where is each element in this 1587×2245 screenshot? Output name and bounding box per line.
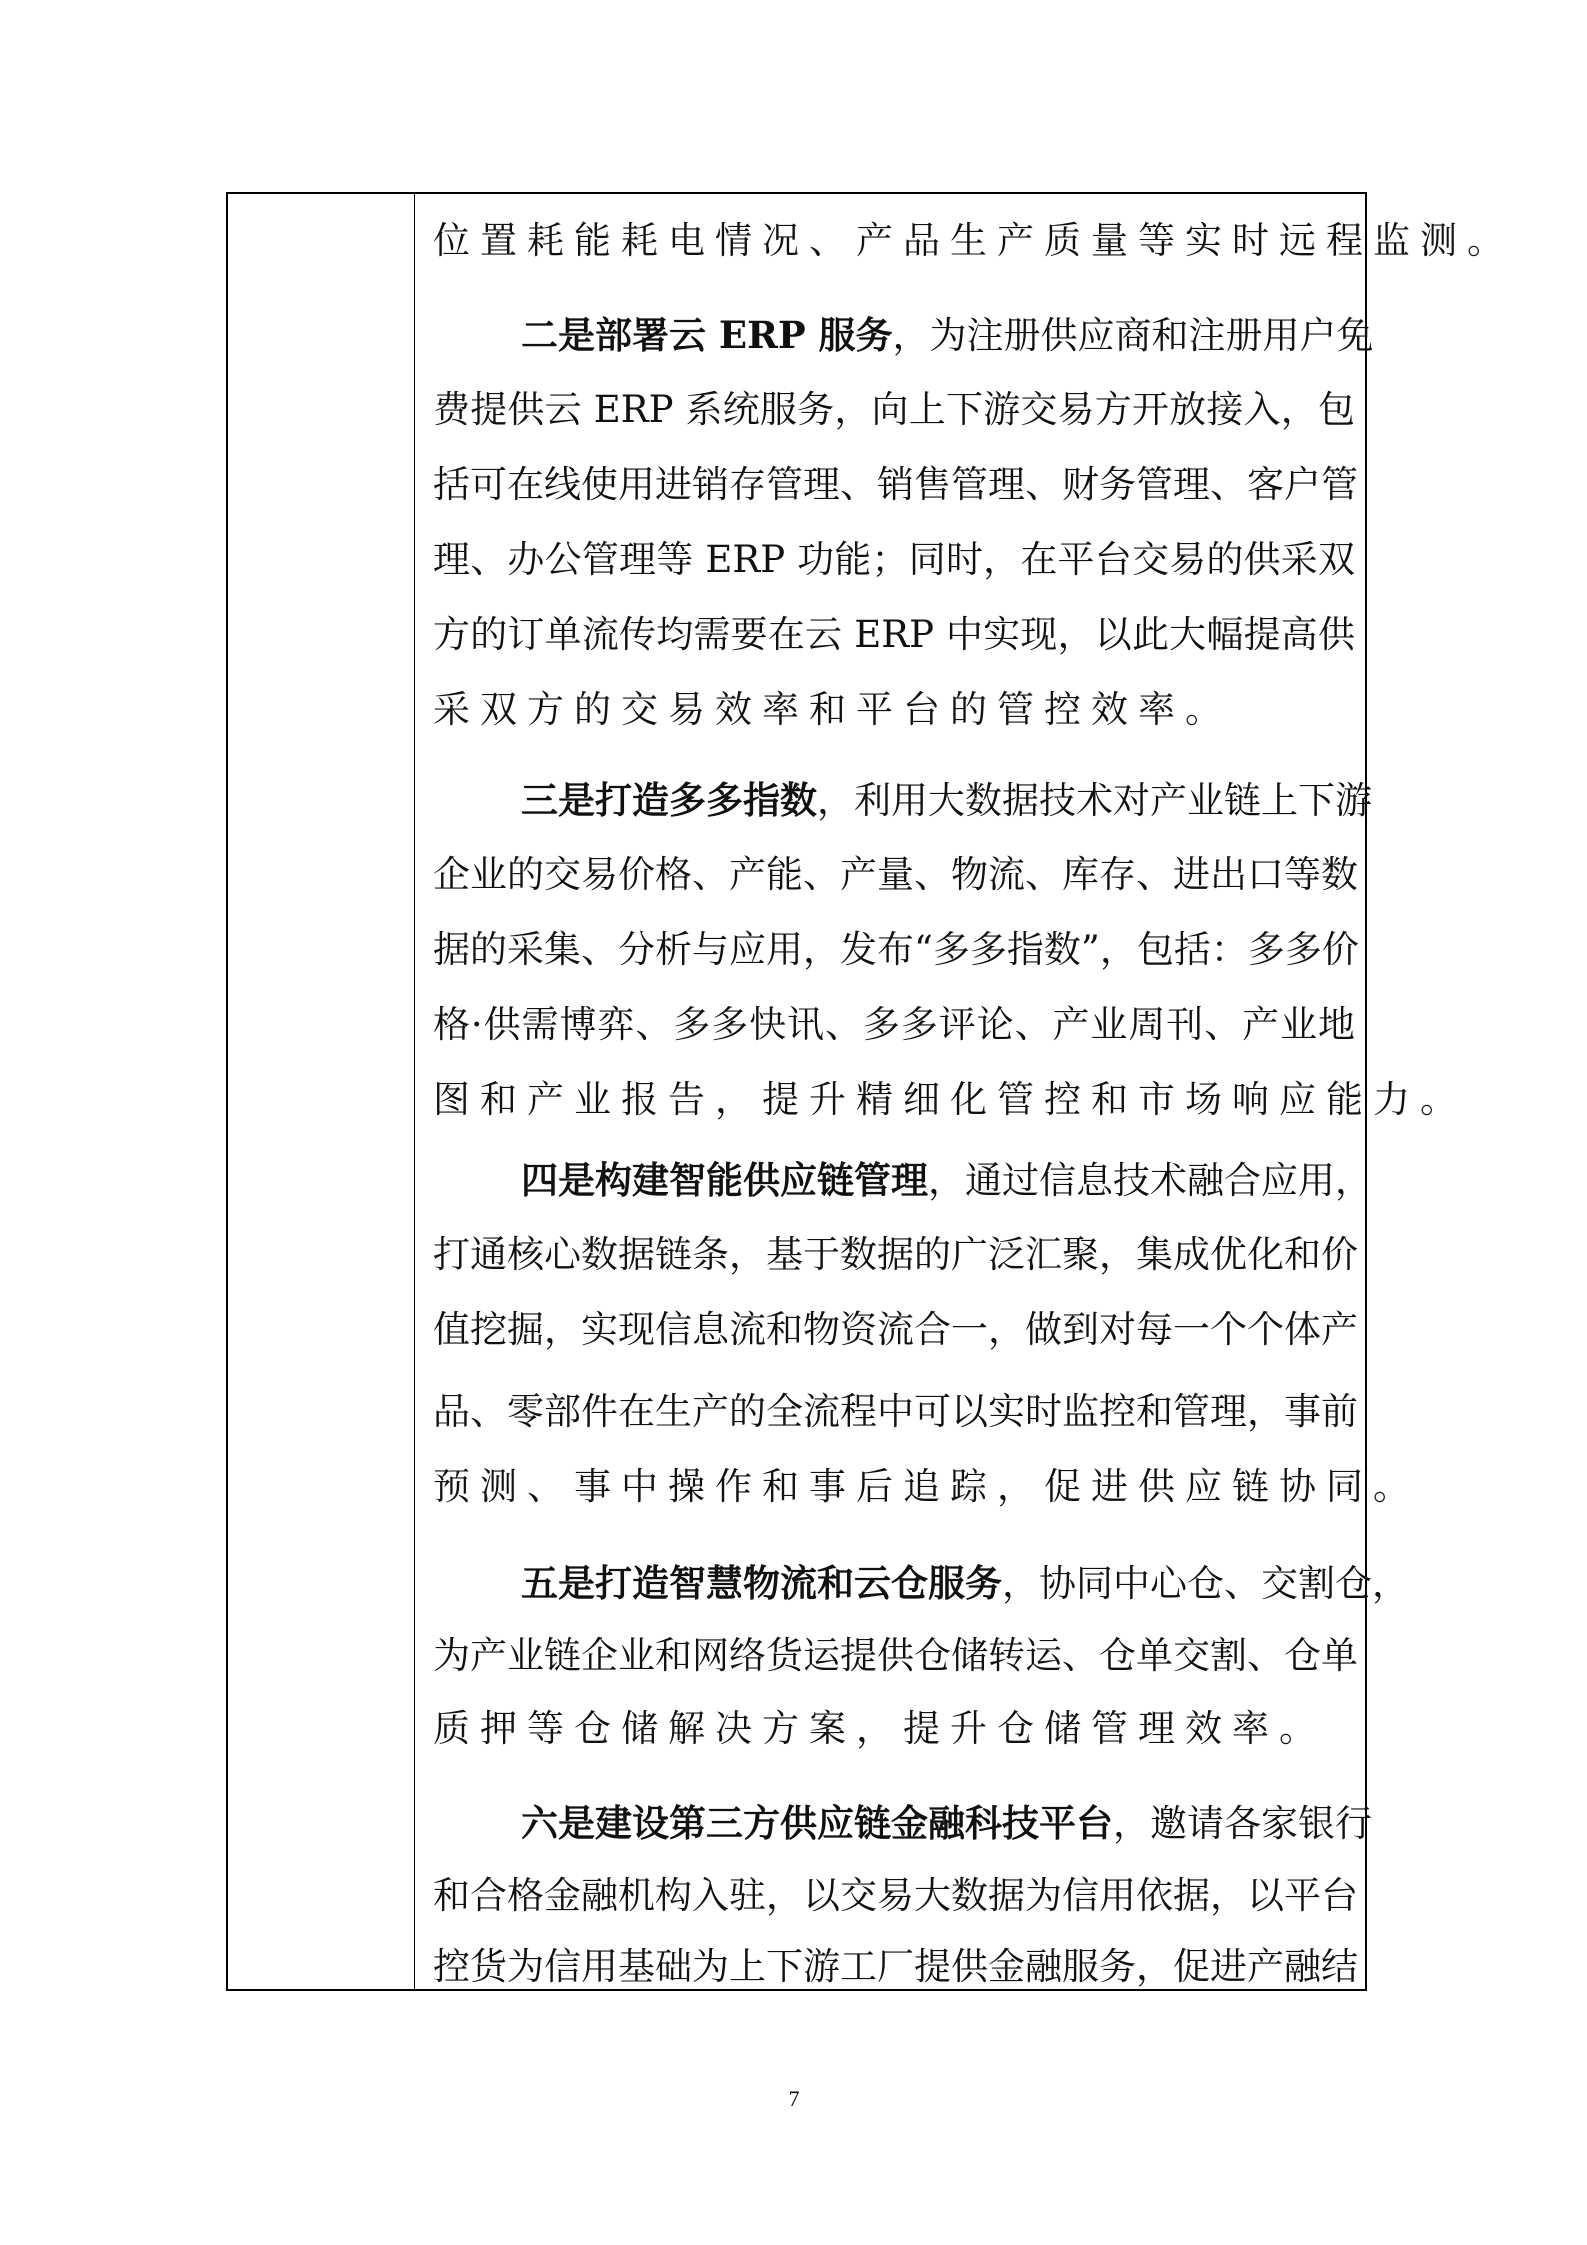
line-text: 品、零部件在生产的全流程中可以实时监控和管理，事前 <box>433 1390 1358 1433</box>
document-page: 位置耗能耗电情况、产品生产质量等实时远程监测。 二是部署云 ERP 服务，为注册… <box>0 0 1587 2245</box>
page-number: 7 <box>783 2084 805 2114</box>
paragraph-3-line-4: 格·供需博弈、多多快讯、多多评论、产业周刊、产业地 <box>433 1001 1355 1049</box>
paragraph-2-line-3: 括可在线使用进销存管理、销售管理、财务管理、客户管 <box>433 461 1355 509</box>
content-table: 位置耗能耗电情况、产品生产质量等实时远程监测。 二是部署云 ERP 服务，为注册… <box>226 192 1367 1991</box>
line-text: ，通过信息技术融合应用， <box>928 1159 1372 1202</box>
paragraph-5-line-2: 为产业链企业和网络货运提供仓储转运、仓单交割、仓单 <box>433 1632 1355 1680</box>
line-text: 费提供云 ERP 系统服务，向上下游交易方开放接入，包 <box>433 388 1355 431</box>
line-text: 控货为信用基础为上下游工厂提供金融服务，促进产融结 <box>433 1945 1358 1988</box>
paragraph-6-line-3: 控货为信用基础为上下游工厂提供金融服务，促进产融结 <box>433 1943 1355 1991</box>
paragraph-2-line-2: 费提供云 ERP 系统服务，向上下游交易方开放接入，包 <box>433 386 1355 434</box>
line-text: 预测、事中操作和事后追踪，促进供应链协同。 <box>433 1465 1420 1508</box>
paragraph-6-line-1: 六是建设第三方供应链金融科技平台，邀请各家银行 <box>433 1799 1355 1847</box>
paragraph-3-line-5: 图和产业报告，提升精细化管控和市场响应能力。 <box>433 1076 1355 1124</box>
paragraph-2-line-6: 采双方的交易效率和平台的管控效率。 <box>433 686 1355 734</box>
line-text: 和合格金融机构入驻，以交易大数据为信用依据，以平台 <box>433 1874 1358 1917</box>
paragraph-4-line-5: 预测、事中操作和事后追踪，促进供应链协同。 <box>433 1463 1355 1511</box>
paragraph-6-line-2: 和合格金融机构入驻，以交易大数据为信用依据，以平台 <box>433 1872 1355 1920</box>
line-text: 打通核心数据链条，基于数据的广泛汇聚，集成优化和价 <box>433 1233 1358 1276</box>
line-text: 理、办公管理等 ERP 功能；同时，在平台交易的供采双 <box>433 538 1355 581</box>
paragraph-2-line-4: 理、办公管理等 ERP 功能；同时，在平台交易的供采双 <box>433 536 1355 584</box>
paragraph-4-line-1: 四是构建智能供应链管理，通过信息技术融合应用， <box>433 1156 1355 1204</box>
line-text: 格·供需博弈、多多快讯、多多评论、产业周刊、产业地 <box>433 1003 1355 1046</box>
line-text: 值挖掘，实现信息流和物资流合一，做到对每一个个体产 <box>433 1308 1358 1351</box>
paragraph-1-line-1: 位置耗能耗电情况、产品生产质量等实时远程监测。 <box>433 217 1355 265</box>
line-text: 为产业链企业和网络货运提供仓储转运、仓单交割、仓单 <box>433 1634 1358 1677</box>
paragraph-4-line-4: 品、零部件在生产的全流程中可以实时监控和管理，事前 <box>433 1388 1355 1436</box>
paragraph-4-heading: 四是构建智能供应链管理 <box>521 1158 928 1202</box>
line-text: 括可在线使用进销存管理、销售管理、财务管理、客户管 <box>433 463 1358 506</box>
paragraph-6-heading: 六是建设第三方供应链金融科技平台 <box>521 1801 1113 1845</box>
line-text: 采双方的交易效率和平台的管控效率。 <box>433 688 1232 731</box>
line-text: ，协同中心仓、交割仓， <box>1002 1562 1409 1605</box>
table-left-cell <box>228 194 415 1989</box>
line-text: ，为注册供应商和注册用户免 <box>893 314 1374 357</box>
paragraph-5-line-1: 五是打造智慧物流和云仓服务，协同中心仓、交割仓， <box>433 1559 1355 1607</box>
paragraph-3-line-2: 企业的交易价格、产能、产量、物流、库存、进出口等数 <box>433 851 1355 899</box>
line-text: 方的订单流传均需要在云 ERP 中实现，以此大幅提高供 <box>433 613 1355 656</box>
line-text: 位置耗能耗电情况、产品生产质量等实时远程监测。 <box>433 219 1514 262</box>
paragraph-2-line-5: 方的订单流传均需要在云 ERP 中实现，以此大幅提高供 <box>433 611 1355 659</box>
paragraph-5-line-3: 质押等仓储解决方案，提升仓储管理效率。 <box>433 1705 1355 1753</box>
paragraph-2-heading: 二是部署云 ERP 服务 <box>521 313 893 357</box>
line-text: 据的采集、分析与应用，发布“多多指数”，包括：多多价 <box>433 928 1359 971</box>
paragraph-3-line-3: 据的采集、分析与应用，发布“多多指数”，包括：多多价 <box>433 926 1355 974</box>
paragraph-5-heading: 五是打造智慧物流和云仓服务 <box>521 1561 1002 1605</box>
line-text: 企业的交易价格、产能、产量、物流、库存、进出口等数 <box>433 853 1358 896</box>
paragraph-4-line-3: 值挖掘，实现信息流和物资流合一，做到对每一个个体产 <box>433 1306 1355 1354</box>
line-text: 图和产业报告，提升精细化管控和市场响应能力。 <box>433 1078 1467 1121</box>
line-text: ，利用大数据技术对产业链上下游 <box>817 779 1372 822</box>
line-text: 质押等仓储解决方案，提升仓储管理效率。 <box>433 1707 1326 1750</box>
paragraph-3-line-1: 三是打造多多指数，利用大数据技术对产业链上下游 <box>433 776 1355 824</box>
table-right-cell: 位置耗能耗电情况、产品生产质量等实时远程监测。 二是部署云 ERP 服务，为注册… <box>415 194 1365 1989</box>
line-text: ，邀请各家银行 <box>1113 1802 1372 1845</box>
paragraph-2-line-1: 二是部署云 ERP 服务，为注册供应商和注册用户免 <box>433 311 1355 359</box>
paragraph-3-heading: 三是打造多多指数 <box>521 778 817 822</box>
paragraph-4-line-2: 打通核心数据链条，基于数据的广泛汇聚，集成优化和价 <box>433 1231 1355 1279</box>
